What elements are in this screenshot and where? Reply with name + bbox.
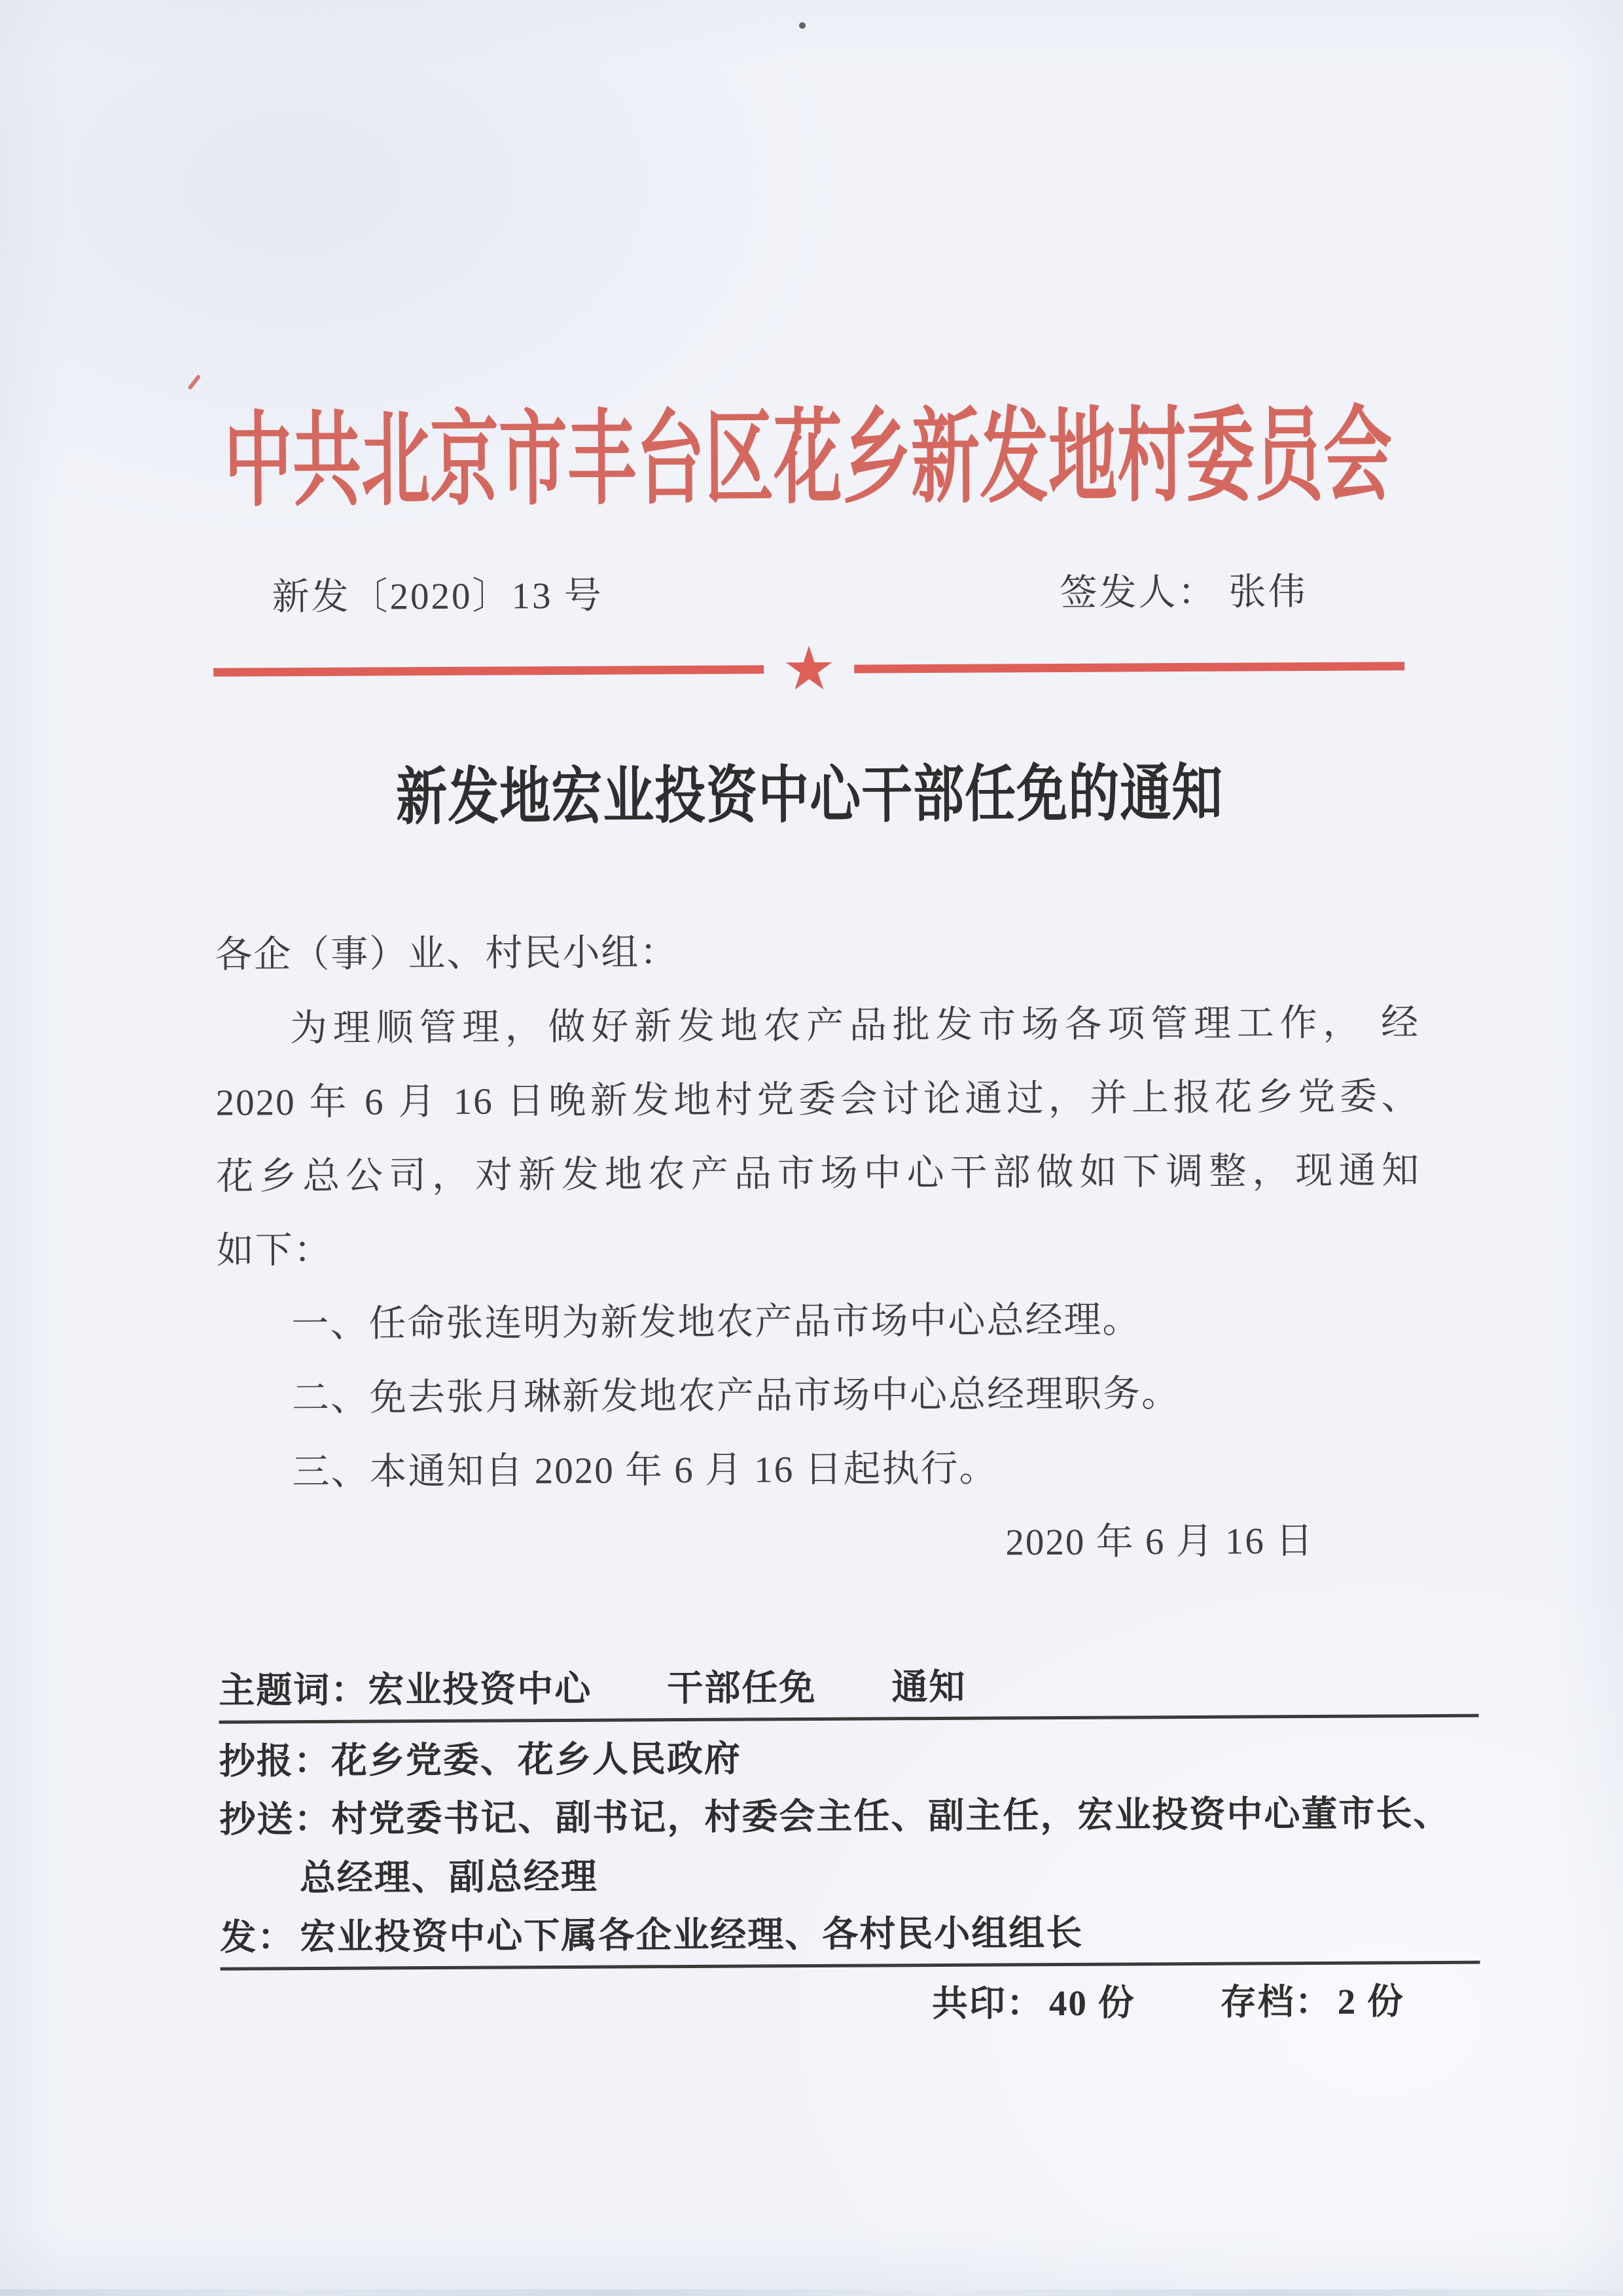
signer-name: 张伟: [1228, 570, 1307, 615]
scanned-document-page: 中共北京市丰台区花乡新发地村委员会 新发〔2020〕13 号 签发人： 张伟 ★…: [0, 0, 1623, 2296]
archive-count-value: 2 份: [1337, 1981, 1404, 2022]
keywords-row: 主题词： 宏业投资中心 干部任免 通知: [219, 1664, 1478, 1724]
print-counts-row: 共印： 40 份 存档： 2 份: [221, 1981, 1480, 2028]
archive-count: 存档： 2 份: [1220, 1981, 1404, 2022]
body-line-1: 为理顺管理，做好新发地农产品批发市场各项管理工作， 经: [215, 986, 1420, 1066]
copy-send-continuation: 总经理、副总经理: [220, 1852, 1480, 1899]
signer-label: 签发人：: [1060, 571, 1217, 617]
scan-artifact-red-mark: [188, 374, 202, 390]
doc-info-row: 新发〔2020〕13 号 签发人： 张伟: [272, 570, 1307, 620]
paper-sheet: 中共北京市丰台区花乡新发地村委员会 新发〔2020〕13 号 签发人： 张伟 ★…: [0, 0, 1623, 2296]
body-line-2: 2020 年 6 月 16 日晚新发地村党委会讨论通过，并上报花乡党委、: [215, 1060, 1420, 1140]
keyword-term: 干部任免: [667, 1668, 816, 1709]
body-item-2: 二、免去张月琳新发地农产品市场中心总经理职务。: [217, 1355, 1422, 1436]
red-rule-left: [213, 665, 764, 676]
copy-report-label: 抄报：: [219, 1741, 331, 1782]
salutation-line: 各企（事）业、村民小组：: [215, 912, 1419, 992]
document-date: 2020 年 6 月 16 日: [218, 1503, 1423, 1584]
keywords-label: 主题词：: [219, 1670, 368, 1712]
copy-report-value: 花乡党委、花乡人民政府: [331, 1739, 741, 1782]
keyword-term: 通知: [891, 1667, 966, 1708]
red-divider: ★: [213, 638, 1404, 700]
body-item-3: 三、本通知自 2020 年 6 月 16 日起执行。: [217, 1429, 1422, 1510]
red-rule-right: [854, 662, 1404, 673]
scan-artifact-dot: [799, 22, 806, 29]
scan-bottom-edge: [0, 2289, 1623, 2296]
body-line-3: 花乡总公司，对新发地农产品市场中心干部做如下调整，现通知: [216, 1134, 1421, 1214]
letterhead-issuer-title: 中共北京市丰台区花乡新发地村委员会: [0, 403, 1620, 514]
distribution-label: 发：: [220, 1917, 300, 1958]
signer-group: 签发人： 张伟: [1060, 570, 1307, 616]
archive-count-label: 存档：: [1220, 1982, 1332, 2023]
body-item-1: 一、任命张连明为新发地农产品市场中心总经理。: [217, 1282, 1421, 1362]
copy-send-label: 抄送：: [219, 1799, 331, 1840]
document-body: 各企（事）业、村民小组： 为理顺管理，做好新发地农产品批发市场各项管理工作， 经…: [215, 912, 1422, 1584]
distribution-row: 发： 宏业投资中心下属各企业经理、各村民小组组长: [220, 1911, 1480, 1971]
copy-report-row: 抄报： 花乡党委、花乡人民政府: [219, 1735, 1479, 1782]
distribution-value: 宏业投资中心下属各企业经理、各村民小组组长: [300, 1913, 1083, 1958]
keyword-term: 宏业投资中心: [368, 1669, 592, 1711]
star-icon: ★: [782, 639, 836, 699]
document-footer: 主题词： 宏业投资中心 干部任免 通知 抄报： 花乡党委、花乡人民政府 抄送： …: [219, 1664, 1480, 2028]
print-count-label: 共印：: [932, 1983, 1044, 2024]
print-count: 共印： 40 份: [932, 1982, 1135, 2024]
body-line-4: 如下：: [217, 1208, 1421, 1288]
print-count-value: 40 份: [1049, 1982, 1135, 2024]
copy-send-value-line1: 村党委书记、副书记，村委会主任、副主任，宏业投资中心董市长、: [331, 1793, 1450, 1840]
doc-number: 新发〔2020〕13 号: [272, 574, 603, 620]
document-title: 新发地宏业投资中心干部任免的通知: [0, 761, 1621, 831]
copy-send-row: 抄送： 村党委书记、副书记，村委会主任、副主任，宏业投资中心董市长、: [219, 1793, 1479, 1840]
